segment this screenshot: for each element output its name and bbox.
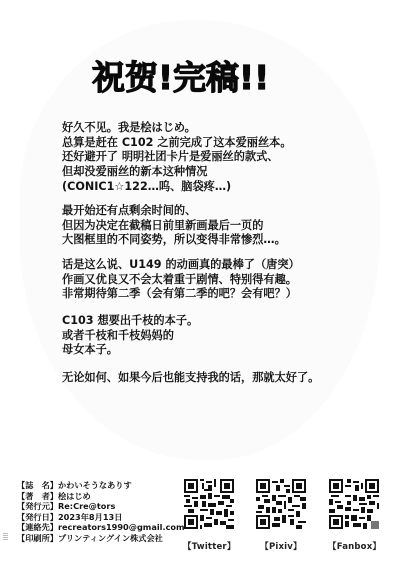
colophon-row-publisher: 【発行元】Re:Cre@tors xyxy=(17,501,182,512)
colophon-value: プリンティングイン株式会社 xyxy=(58,533,163,543)
text-line: 或者千枝和千枝妈妈的 xyxy=(62,329,362,344)
colophon-label: 【印刷所】 xyxy=(17,533,58,543)
colophon-label: 【連絡先】 xyxy=(17,522,58,532)
qr-code-icon xyxy=(329,479,379,529)
paragraph-anime: 话是这么说、U149 的动画真的最棒了（唐突） 作画又优良又不会太着重于剧情、特… xyxy=(62,258,362,302)
text-line: C103 想要出千枝的本子。 xyxy=(62,314,362,329)
text-line: 但因为决定在截稿日前里新画最后一页的 xyxy=(62,219,362,234)
text-line: 总算是赶在 C102 之前完成了这本爱丽丝本。 xyxy=(62,136,362,151)
colophon-row-printer: 【印刷所】プリンティングイン株式会社 xyxy=(17,533,182,544)
text-line: 话是这么说、U149 的动画真的最棒了（唐突） xyxy=(62,258,362,273)
colophon-row-contact: 【連絡先】recreators1990@gmail.com xyxy=(17,522,182,533)
colophon: 【誌 名】かわいそうなありす 【著 者】桧はじめ 【発行元】Re:Cre@tor… xyxy=(17,480,182,544)
colophon-row-title: 【誌 名】かわいそうなありす xyxy=(17,480,182,491)
colophon-value: Re:Cre@tors xyxy=(58,501,115,511)
colophon-value: recreators1990@gmail.com xyxy=(58,522,185,532)
colophon-row-author: 【著 者】桧はじめ xyxy=(17,491,182,502)
qr-pixiv[interactable]: 【Pixiv】 xyxy=(255,479,307,552)
colophon-value: かわいそうなありす xyxy=(58,480,132,490)
paragraph-greeting: 好久不见。我是桧はじめ。 总算是赶在 C102 之前完成了这本爱丽丝本。 还好避… xyxy=(62,121,362,194)
qr-label-twitter: 【Twitter】 xyxy=(183,540,235,552)
text-line: 最开始还有点剩余时间的、 xyxy=(62,204,362,219)
qr-twitter[interactable]: 【Twitter】 xyxy=(183,479,235,552)
text-line: 母女本子。 xyxy=(62,343,362,358)
text-line: 好久不见。我是桧はじめ。 xyxy=(62,121,362,136)
paragraph-next-book: C103 想要出千枝的本子。 或者千枝和千枝妈妈的 母女本子。 xyxy=(62,314,362,358)
text-line: 无论如何、如果今后也能支持我的话，那就太好了。 xyxy=(62,371,362,386)
text-line: (CONIC1☆122…呜、脑袋疼…) xyxy=(62,180,362,195)
qr-code-icon xyxy=(184,479,234,529)
qr-label-pixiv: 【Pixiv】 xyxy=(255,540,307,552)
qr-code-icon xyxy=(256,479,306,529)
text-line: 大图框里的不同姿势，所以变得非常惨烈…。 xyxy=(62,233,362,248)
text-line: 还好避开了 明明社团卡片是爱丽丝的款式、 xyxy=(62,150,362,165)
qr-fanbox[interactable]: 【Fanbox】 xyxy=(328,479,380,552)
text-line: 作画又优良又不会太着重于剧情、特别得有趣。 xyxy=(62,273,362,288)
scan-mark xyxy=(3,533,8,541)
page-title: 祝贺!完稿!! xyxy=(92,58,304,98)
colophon-label: 【発行日】 xyxy=(17,512,58,522)
colophon-value: 2023年8月13日 xyxy=(58,512,122,522)
paragraph-deadline: 最开始还有点剩余时间的、 但因为决定在截稿日前里新画最后一页的 大图框里的不同姿… xyxy=(62,204,362,248)
text-line: 但却没爱丽丝的新本这种情况 xyxy=(62,165,362,180)
paragraph-closing: 无论如何、如果今后也能支持我的话，那就太好了。 xyxy=(62,371,362,386)
text-line: 非常期待第二季（会有第二季的吧？会有吧？） xyxy=(62,287,362,302)
colophon-label: 【誌 名】 xyxy=(17,480,58,490)
colophon-value: 桧はじめ xyxy=(58,491,91,501)
colophon-label: 【著 者】 xyxy=(17,491,58,501)
colophon-row-date: 【発行日】2023年8月13日 xyxy=(17,512,182,523)
colophon-label: 【発行元】 xyxy=(17,501,58,511)
qr-label-fanbox: 【Fanbox】 xyxy=(328,540,380,552)
